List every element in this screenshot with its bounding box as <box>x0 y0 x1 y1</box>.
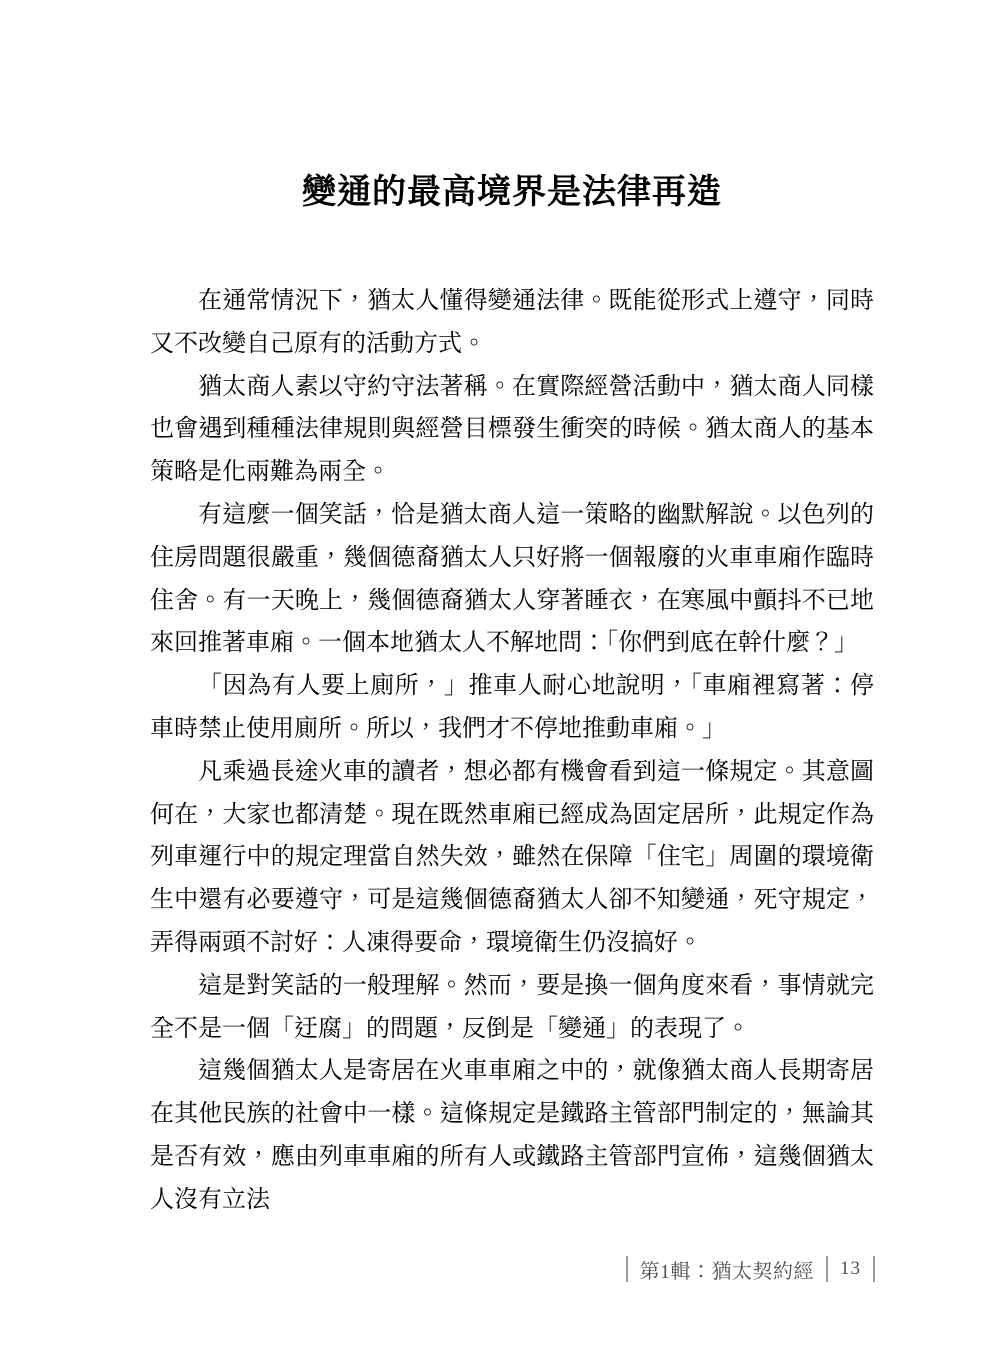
chapter-title: 變通的最高境界是法律再造 <box>150 172 874 215</box>
paragraph-1: 在通常情況下，猶太人懂得變通法律。既能從形式上遵守，同時又不改變自己原有的活動方… <box>150 280 874 366</box>
footer-section-label: 第1輯：猶太契約經 <box>640 1255 815 1284</box>
paragraph-5: 凡乘過長途火車的讀者，想必都有機會看到這一條規定。其意圖何在，大家也都清楚。現在… <box>150 751 874 965</box>
footer-divider-left <box>626 1256 628 1282</box>
body-text: 在通常情況下，猶太人懂得變通法律。既能從形式上遵守，同時又不改變自己原有的活動方… <box>150 280 874 1222</box>
paragraph-2: 猶太商人素以守約守法著稱。在實際經營活動中，猶太商人同樣也會遇到種種法律規則與經… <box>150 366 874 494</box>
page-number: 13 <box>840 1258 861 1280</box>
footer-divider-middle <box>826 1256 828 1282</box>
paragraph-4: 「因為有人要上廁所，」推車人耐心地說明，「車廂裡寫著：停車時禁止使用廁所。所以，… <box>150 665 874 751</box>
paragraph-6: 這是對笑話的一般理解。然而，要是換一個角度來看，事情就完全不是一個「迂腐」的問題… <box>150 965 874 1051</box>
footer-divider-right <box>873 1256 875 1282</box>
paragraph-7: 這幾個猶太人是寄居在火車車廂之中的，就像猶太商人長期寄居在其他民族的社會中一樣。… <box>150 1050 874 1221</box>
book-page: 變通的最高境界是法律再造 在通常情況下，猶太人懂得變通法律。既能從形式上遵守，同… <box>0 0 1000 1353</box>
page-footer: 第1輯：猶太契約經 13 <box>626 1252 876 1286</box>
paragraph-3: 有這麼一個笑話，恰是猶太商人這一策略的幽默解說。以色列的住房問題很嚴重，幾個德裔… <box>150 494 874 665</box>
